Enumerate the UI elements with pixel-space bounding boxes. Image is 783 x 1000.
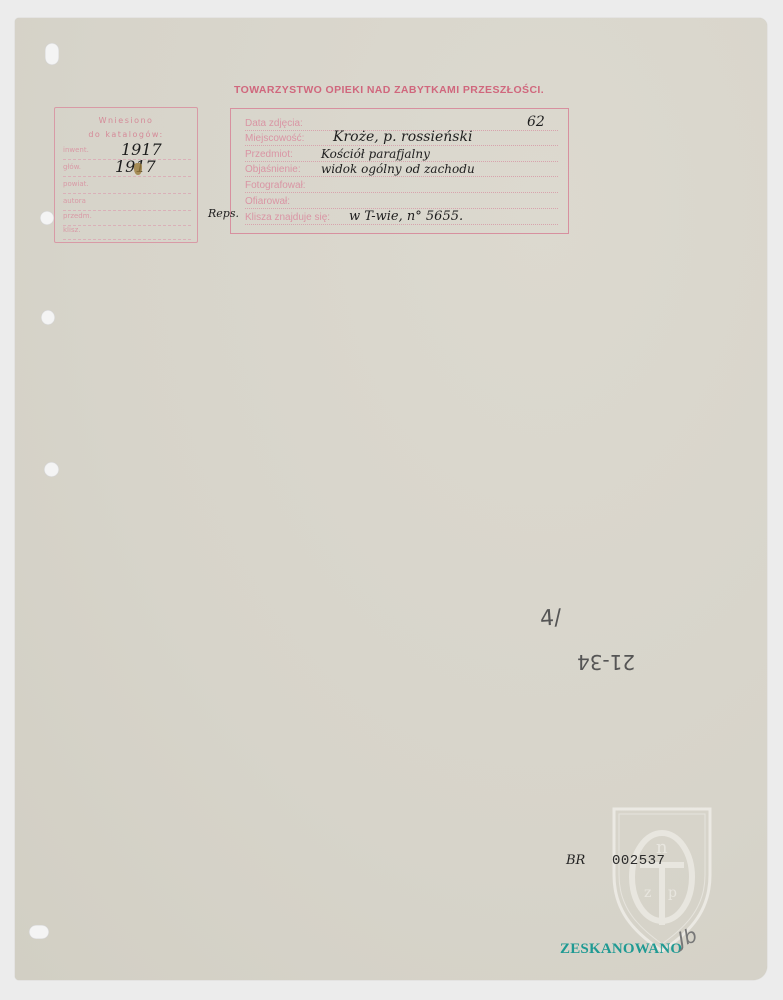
catalog-row-klisz: klisz. bbox=[63, 226, 191, 240]
stain bbox=[134, 163, 142, 175]
field-subject: Przedmiot: Kościół parafjalny bbox=[245, 146, 558, 162]
svg-text:z: z bbox=[644, 885, 651, 901]
field-value: widok ogólny od zachodu bbox=[321, 162, 475, 176]
field-label: Fotografował: bbox=[245, 180, 306, 191]
catalog-row-przedm: przedm. bbox=[63, 212, 191, 226]
punch-hole-top bbox=[45, 43, 59, 65]
catalog-row-glow: głów. 1917 bbox=[63, 163, 191, 177]
catalog-row-label: klisz. bbox=[63, 226, 81, 234]
field-label: Objaśnienie: bbox=[245, 164, 301, 175]
inventory-number: 002537 bbox=[612, 853, 665, 869]
field-label: Miejscowość: bbox=[245, 133, 304, 144]
punch-hole-2 bbox=[40, 211, 54, 225]
field-value: w T-wie, n° 5655. bbox=[349, 209, 463, 224]
svg-text:p: p bbox=[668, 885, 677, 901]
pencil-fraction: 4/ bbox=[539, 605, 562, 631]
catalog-row-label: autora bbox=[63, 197, 86, 205]
catalog-stamp-heading-1: Wniesiono bbox=[55, 116, 197, 125]
field-location: Miejscowość: Kroże, p. rossieński bbox=[245, 130, 558, 146]
catalog-row-powiat: powiat. bbox=[63, 180, 191, 194]
margin-note: Reps. bbox=[208, 207, 239, 220]
catalog-row-label: inwent. bbox=[63, 146, 89, 154]
punch-hole-4 bbox=[44, 462, 59, 477]
catalog-stamp-heading-2: do katalogów: bbox=[55, 130, 197, 139]
field-label: Klisza znajduje się: bbox=[245, 212, 330, 223]
field-plate-location: Klisza znajduje się: w T-wie, n° 5655. bbox=[245, 209, 558, 225]
field-label: Data zdjęcia: bbox=[245, 118, 303, 129]
inventory-prefix: BR bbox=[566, 853, 585, 868]
society-stamp: Data zdjęcia: 62 Miejscowość: Kroże, p. … bbox=[230, 108, 569, 234]
society-stamp-title: TOWARZYSTWO OPIEKI NAD ZABYTKAMI PRZESZŁ… bbox=[234, 84, 544, 96]
catalog-row-label: przedm. bbox=[63, 212, 92, 220]
catalog-stamp: Wniesiono do katalogów: inwent. 1917 głó… bbox=[54, 107, 198, 243]
watermark-shield-icon: n z p bbox=[610, 805, 714, 953]
field-photographer: Fotografował: bbox=[245, 177, 558, 193]
field-value: 62 bbox=[527, 114, 545, 130]
field-label: Ofiarował: bbox=[245, 196, 290, 207]
field-donor: Ofiarował: bbox=[245, 193, 558, 209]
field-value: Kościół parafjalny bbox=[321, 147, 430, 161]
field-description: Objaśnienie: widok ogólny od zachodu bbox=[245, 161, 558, 177]
catalog-row-label: powiat. bbox=[63, 180, 89, 188]
pencil-date: 21-34 bbox=[577, 650, 635, 674]
punch-hole-3 bbox=[41, 310, 55, 325]
field-value: Kroże, p. rossieński bbox=[333, 129, 472, 145]
punch-hole-bottom bbox=[29, 925, 49, 939]
catalog-row-autora: autora bbox=[63, 197, 191, 211]
scanned-stamp: ZESKANOWANO bbox=[560, 941, 682, 958]
field-label: Przedmiot: bbox=[245, 149, 293, 160]
catalog-row-label: głów. bbox=[63, 163, 81, 171]
